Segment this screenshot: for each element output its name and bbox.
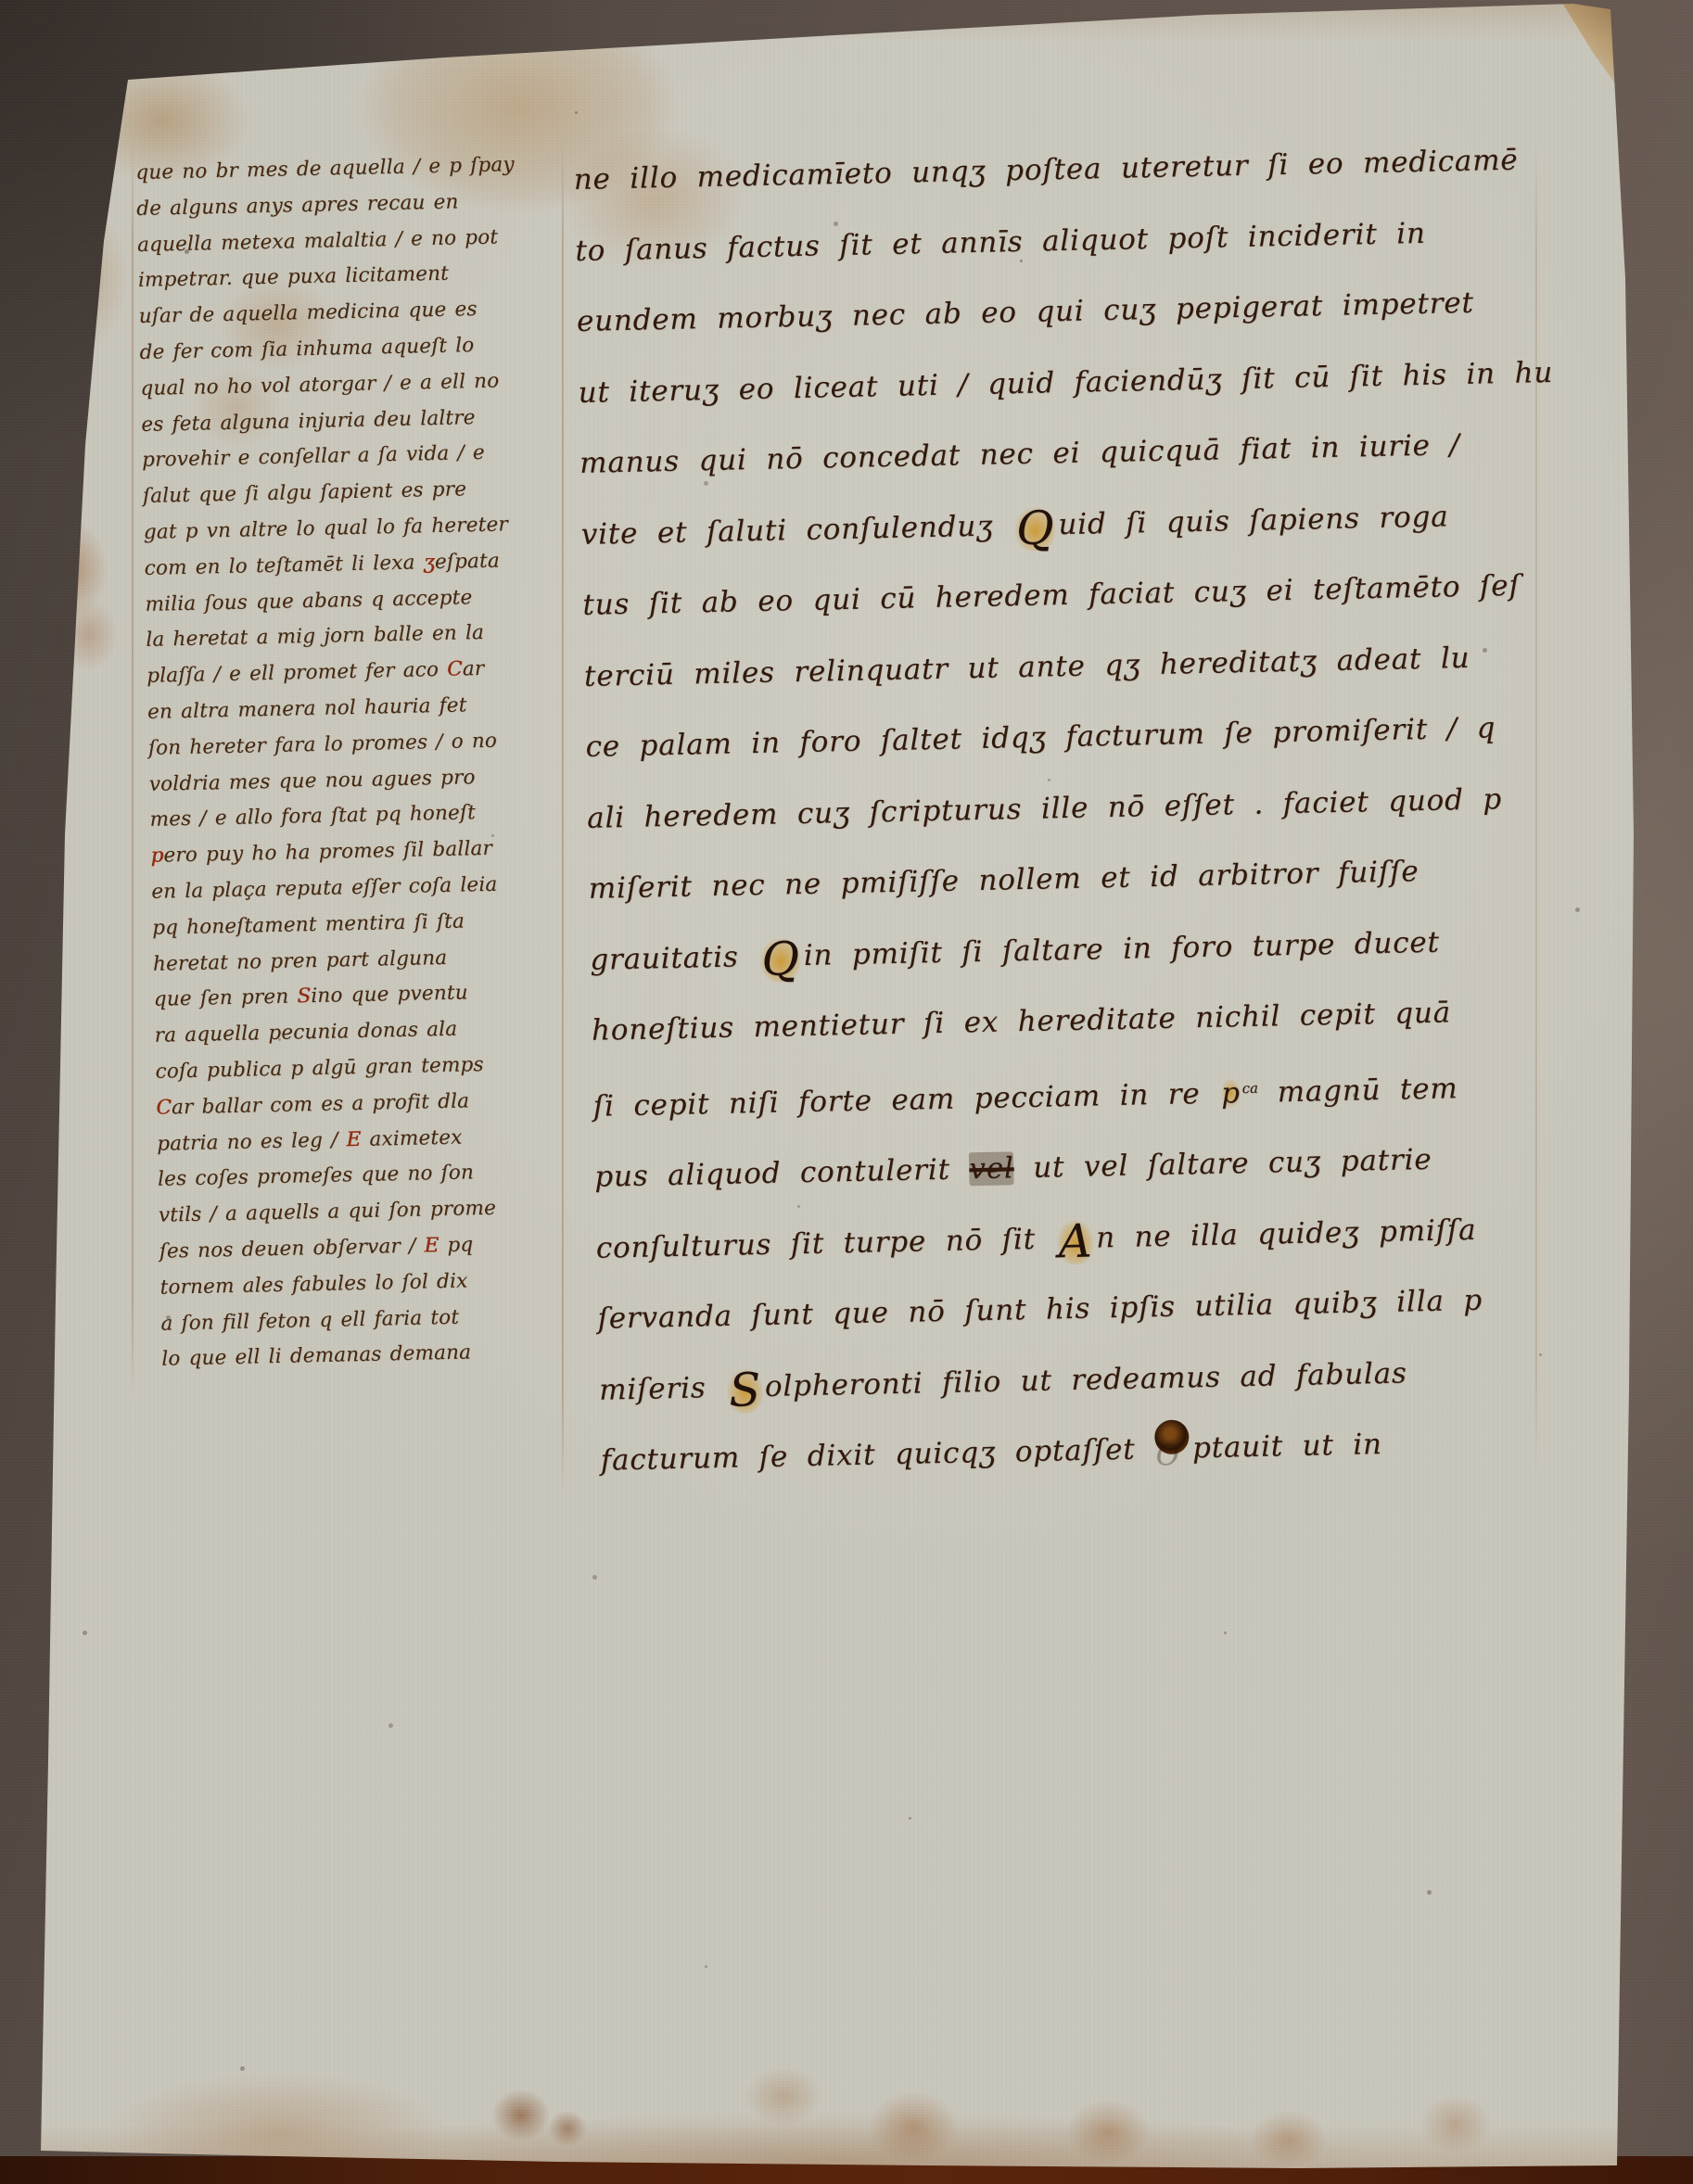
script-text: pq — [439, 1233, 474, 1257]
script-text: miſeris — [599, 1370, 726, 1406]
script-text: ra aquella pecunia donas ala — [154, 1018, 457, 1048]
gold-washed-letter: p — [1219, 1076, 1242, 1111]
manuscript-line: lo que ell li demanas demana — [161, 1336, 470, 1378]
script-text: ſervanda ſunt que nō ſunt his ipſis util… — [597, 1284, 1483, 1336]
script-text: ero puy ho ha promes ſil ballar — [163, 837, 492, 868]
script-text: magnū tem — [1258, 1072, 1458, 1110]
manuscript-line: coſa publica p algū gran temps — [155, 1048, 464, 1090]
script-text: ſalut que ſi algu ſapient es pre — [143, 477, 467, 508]
script-text: miſerit nec ne pmiſiſſe nollem et id arb… — [588, 855, 1419, 906]
script-text: impetrar. que puxa licitament — [138, 262, 450, 292]
script-text: en altra manera nol hauria fet — [147, 693, 467, 724]
red-touched-initial: E — [346, 1127, 361, 1150]
gold-washed-initial: A — [1054, 1218, 1097, 1265]
manuscript-line: pq honeſtament mentira ſi ſta — [152, 904, 461, 946]
script-text: ptauit ut in — [1192, 1428, 1382, 1465]
script-text: in pmiſit ſi ſaltare in foro turpe ducet — [803, 925, 1440, 971]
script-text: a ſon fill feton q ell faria tot — [160, 1305, 459, 1335]
ruling-line-center — [562, 137, 564, 1500]
script-text: tornem ales fabules lo ſol dix — [159, 1269, 467, 1299]
script-text: que ſen pren — [154, 985, 298, 1011]
script-text: tus ſit ab eo qui cū heredem faciat cuʒ … — [582, 569, 1521, 622]
script-text: aximetex — [361, 1125, 463, 1150]
gold-washed-initial: S — [725, 1366, 766, 1413]
script-text: com en lo teſtamēt li lexa — [144, 551, 423, 580]
manuscript-line: tornem ales fabules lo ſol dix — [159, 1263, 468, 1306]
folded-corner — [1547, 0, 1624, 96]
script-text: voldria mes que nou agues pro — [149, 766, 476, 796]
script-text: pus aliquod contulerit — [594, 1152, 970, 1193]
script-text: n ne illa quideʒ pmiſſa — [1096, 1213, 1477, 1254]
manuscript-line: de alguns anys apres recau en — [136, 185, 445, 228]
foxing-specks — [0, 0, 3, 3]
script-text: ſon hereter fara lo promes / o no — [148, 729, 498, 759]
script-text: ſes nos deuen obſervar / — [159, 1234, 425, 1263]
script-text: la heretat a mig jorn balle en la — [146, 621, 484, 652]
script-text: gat p vn altre lo qual lo fa hereter — [144, 513, 509, 544]
script-text: lo que ell li demanas demana — [161, 1341, 471, 1371]
script-text: ne illo medicamīeto unqʒ poſtea uteretur… — [573, 144, 1518, 197]
script-text: en la plaça reputa eſſer coſa leia — [151, 873, 498, 904]
red-touched-initial: ʒ — [423, 551, 435, 574]
script-text: milia ſous que abans q accepte — [145, 586, 472, 616]
script-text: terciū miles relinquatr ut ante qʒ hered… — [584, 641, 1470, 692]
script-text: eundem morbuʒ nec ab eo qui cuʒ pepigera… — [577, 286, 1474, 338]
catalan-text-column: que no br mes de aquella / e p ſpayde al… — [135, 149, 470, 1378]
script-text: conſulturus ſit turpe nō ſit — [596, 1222, 1055, 1264]
red-touched-initial: E — [424, 1234, 439, 1257]
script-text: eſpata — [435, 549, 500, 574]
red-touched-initial: p — [150, 844, 164, 868]
script-text: de fer com ſia inhuma aqueſt lo — [139, 334, 474, 364]
script-text: ut vel ſaltare cuʒ patrie — [1013, 1143, 1432, 1185]
script-text: les coſes promeſes que no ſon — [158, 1162, 474, 1191]
script-text: ino que pventu — [311, 982, 468, 1009]
script-text: ce palam in foro ſaltet idqʒ facturum ſe… — [585, 711, 1496, 764]
script-text: qual no ho vol atorgar / e a ell no — [140, 369, 499, 400]
script-text: de alguns anys apres recau en — [136, 190, 459, 221]
manuscript-line: ſon hereter fara lo promes / o no — [148, 724, 457, 767]
inked-over-initial: O — [1154, 1419, 1190, 1454]
script-text: ali heredem cuʒ ſcripturus ille nō eſſet… — [587, 782, 1502, 835]
script-text: patria no es leg / — [157, 1128, 347, 1155]
script-text: ar — [463, 657, 485, 681]
manuscript-page: que no br mes de aquella / e p ſpayde al… — [0, 0, 1693, 2184]
red-touched-initial: C — [447, 658, 463, 681]
script-text: honeſtius mentietur ſi ex hereditate nic… — [592, 996, 1452, 1047]
script-text: olpheronti filio ut redeamus ad fabulas — [765, 1356, 1407, 1403]
script-text: aquella metexa malaltia / e no pot — [137, 225, 499, 256]
script-text: mes / e allo fora ſtat pq honeſt — [149, 802, 476, 832]
script-text: to ſanus factus ſit et annīs aliquot poſ… — [575, 216, 1426, 267]
script-text: vite et ſaluti conſulenduʒ — [580, 509, 1012, 552]
script-text: pq honeſtament mentira ſi ſta — [152, 909, 465, 939]
manuscript-line: Car ballar com es a profit dla — [156, 1084, 465, 1126]
superscript-abbreviation: ca — [1241, 1079, 1258, 1096]
red-touched-initial: S — [297, 984, 311, 1008]
script-text: manus qui nō concedat nec ei quicquā fia… — [579, 428, 1460, 480]
script-text: uid ſi quis ſapiens roga — [1058, 500, 1449, 541]
gold-washed-initial: Q — [1012, 505, 1058, 552]
script-text: es feta alguna injuria deu laltre — [141, 406, 476, 437]
script-text: provehir e conſellar a ſa vida / e — [142, 441, 485, 472]
ruling-line-left — [132, 139, 134, 1400]
script-text: ar ballar com es a profit dla — [172, 1089, 470, 1119]
script-text: facturum ſe dixit quicqʒ optaſſet — [600, 1432, 1154, 1478]
gold-washed-initial: Q — [757, 935, 804, 983]
script-text: ut iteruʒ eo liceat uti / quid faciendūʒ… — [578, 355, 1553, 409]
manuscript-line: qual no ho vol atorgar / e a ell no — [140, 364, 449, 407]
script-text: plaſſa / e ell promet fer aco — [146, 658, 447, 688]
script-text: coſa publica p algū gran temps — [155, 1053, 484, 1084]
script-text: grauitatis — [590, 940, 758, 977]
script-text: ſi cepit niſi forte eam pecciam in re — [592, 1076, 1219, 1123]
latin-text-column: ne illo medicamīeto unqʒ poſtea uteretur… — [573, 124, 1584, 1496]
struck-out-word: vel — [969, 1151, 1014, 1186]
photo-backdrop: que no br mes de aquella / e p ſpayde al… — [0, 0, 1693, 2184]
script-text: vtils / a aquells a qui ſon prome — [159, 1197, 497, 1227]
script-text: que no br mes de aquella / e p ſpay — [135, 153, 515, 184]
script-text: uſar de aquella medicina que es — [139, 298, 477, 328]
script-text: heretat no pren part alguna — [153, 946, 448, 975]
manuscript-line: ſes nos deuen obſervar / E pq — [159, 1227, 467, 1270]
manuscript-line: com en lo teſtamēt li lexa ʒeſpata — [144, 544, 452, 587]
red-touched-initial: C — [156, 1096, 172, 1119]
